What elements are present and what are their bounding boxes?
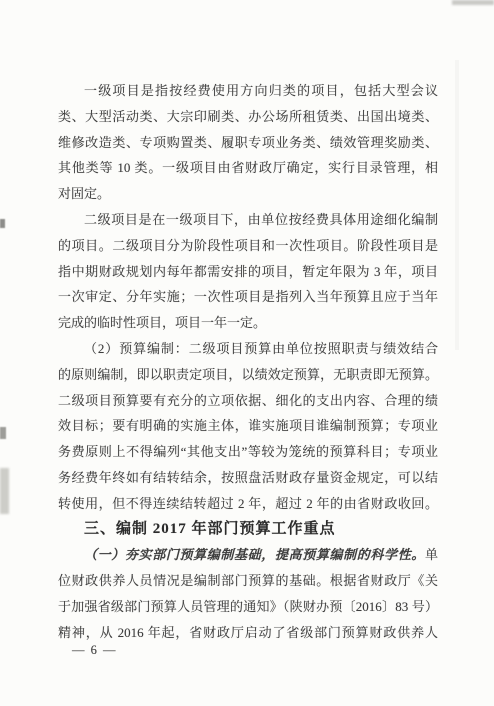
scan-edge-mark (0, 219, 5, 228)
scan-smudge-top-right (452, 0, 494, 5)
text-block: 一级项目是指按经费使用方向归类的项目，包括大型会议类、大型活动类、大宗印刷类、办… (58, 78, 438, 646)
text-line: 位财政供养人员情况是编制部门预算的基础。根据省财政厅《关 (58, 568, 438, 594)
text-line: 务经费年终如有结转结余，按照盘活财政存量资金规定，可以结 (58, 465, 438, 491)
scan-edge-mark (0, 427, 6, 439)
text-line: 一级项目是指按经费使用方向归类的项目，包括大型会议 (58, 78, 438, 104)
scan-edge-mark (0, 468, 9, 514)
text-line: 务费原则上不得编列“其他支出”等较为笼统的预算科目；专项业 (58, 439, 438, 465)
text-line: 对固定。 (58, 181, 438, 207)
text-line: 完成的临时性项目，项目一年一定。 (58, 310, 438, 336)
footer-page-number: — 6 — (72, 643, 117, 658)
text-line: 二级项目预算要有充分的立项依据、细化的支出内容、合理的绩 (58, 388, 438, 414)
text-line: 的原则编制，即以职责定项目，以绩效定预算，无职责即无预算。 (58, 362, 438, 388)
text-line: 精神，从 2016 年起，省财政厅启动了省级部门预算财政供养人 (58, 620, 438, 646)
text-line: 一次审定、分年实施；一次性项目是指列入当年预算且应于当年 (58, 284, 438, 310)
text-line: 于加强省级部门预算人员管理的通知》（陕财办预〔2016〕83 号） (58, 594, 438, 620)
text-line: （一）夯实部门预算编制基础，提高预算编制的科学性。单 (58, 542, 438, 568)
text-segment: （一）夯实部门预算编制基础，提高预算编制的科学性。 (84, 547, 425, 562)
text-line: 转使用，但不得连续结转超过 2 年，超过 2 年的由省财政收回。 (58, 491, 438, 517)
text-line: 指中期财政规划内每年都需安排的项目，暂定年限为 3 年，项目 (58, 259, 438, 285)
scanned-document-page: 一级项目是指按经费使用方向归类的项目，包括大型会议类、大型活动类、大宗印刷类、办… (0, 0, 494, 706)
text-line: 二级项目是在一级项目下，由单位按经费具体用途细化编制 (58, 207, 438, 233)
scan-edge-noise (455, 60, 459, 350)
text-line: （2）预算编制：二级项目预算由单位按照职责与绩效结合 (58, 336, 438, 362)
section-heading: 三、编制 2017 年部门预算工作重点 (58, 517, 438, 543)
text-line: 效目标；要有明确的实施主体，谁实施项目谁编制预算；专项业 (58, 413, 438, 439)
text-line: 类、大型活动类、大宗印刷类、办公场所租赁类、出国出境类、 (58, 104, 438, 130)
text-line: 维修改造类、专项购置类、履职专项业务类、绩效管理奖励类、 (58, 130, 438, 156)
text-line: 其他类等 10 类。一级项目由省财政厅确定，实行目录管理，相 (58, 155, 438, 181)
text-segment: 单 (425, 547, 438, 562)
text-line: 的项目。二级项目分为阶段性项目和一次性项目。阶段性项目是 (58, 233, 438, 259)
